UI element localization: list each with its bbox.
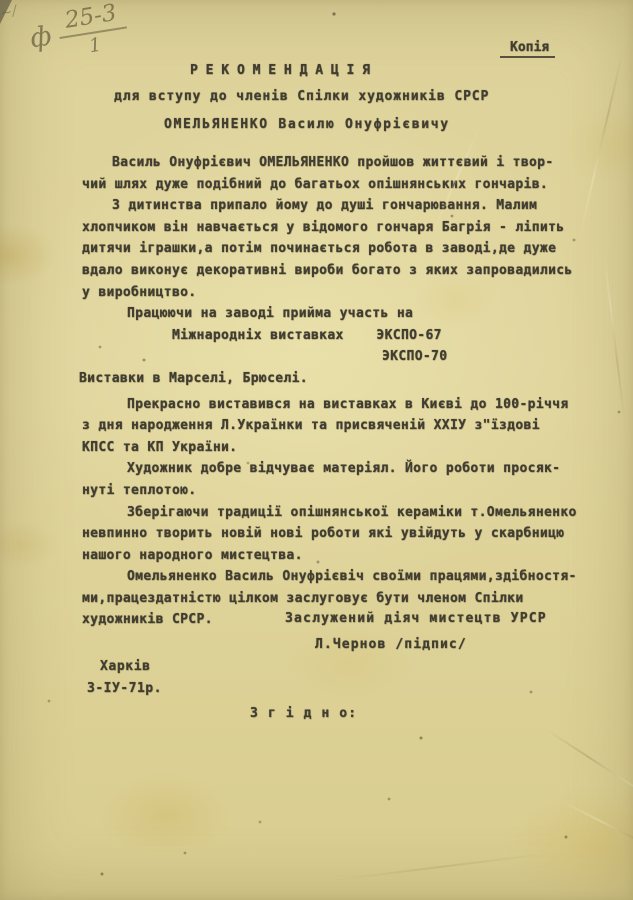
document-line: Зберігаючи традиції опішнянської керамік… <box>127 502 582 524</box>
document-line: Виставки в Марселі, Брюселі. <box>79 368 582 390</box>
document-line: ми,працездатністю цілком заслуговує бути… <box>82 588 582 610</box>
pencil-edge-mark: ~/ <box>0 2 21 18</box>
archive-code-annotation: ф25-31 <box>26 0 130 66</box>
signature-title: Заслужений діяч мистецтв УРСР <box>285 611 547 626</box>
paper-crease <box>562 801 633 862</box>
document-date: 3-ІУ-71р. <box>87 681 162 696</box>
document-line: КПСС та КП України. <box>82 437 582 459</box>
document-title: Р Е К О М Е Н Д А Ц І Я <box>190 63 370 78</box>
document-line: з дня народження Л.Українки та присвячен… <box>82 415 582 437</box>
document-line: Прекрасно виставився на виставках в Києв… <box>127 394 582 416</box>
document-addressee: ОМЕЛЬЯНЕНКО Василю Онуфрієвичу <box>164 117 450 132</box>
document-line: ЭКСПО-70 <box>382 346 582 368</box>
archive-code-fraction: 25-31 <box>55 0 130 62</box>
document-body: Василь Онуфрієвич ОМЕЛЬЯНЕНКО пройшов жи… <box>82 152 582 631</box>
archive-code-letter: ф <box>28 20 54 54</box>
document-line: Працюючи на заводі прийма участь на <box>127 303 582 325</box>
document-subtitle: для вступу до членів Спілки художників С… <box>114 89 489 104</box>
archive-code-number: 25-3 <box>55 0 127 39</box>
paper-crease <box>579 52 624 238</box>
document-line: Омельяненко Василь Онуфрієвіч своїми пра… <box>127 566 582 588</box>
paper-crease <box>603 251 626 420</box>
scanned-document-page: ~/ ф25-31 Копія Р Е К О М Е Н Д А Ц І Я … <box>0 0 633 900</box>
document-place: Харків <box>100 659 151 674</box>
document-line: Василь Онуфрієвич ОМЕЛЬЯНЕНКО пройшов жи… <box>112 152 582 174</box>
document-line: у виробництво. <box>82 282 582 304</box>
document-line: невпинно творить новій нові роботи які у… <box>82 523 582 545</box>
signature-name: Л.Чернов /підпис/ <box>315 637 467 652</box>
document-line: Художник добре відчуває матеріял. Його р… <box>127 458 582 480</box>
document-line: вдало виконує декоративні вироби богато … <box>82 260 582 282</box>
document-line: З дитинства припало йому до душі гончарю… <box>112 195 582 217</box>
archive-code-denominator: 1 <box>88 34 103 58</box>
document-line: чий шлях дуже подібний до багатьох опішн… <box>82 174 582 196</box>
document-line: Міжнародніх виставках ЭКСПО-67 <box>172 325 582 347</box>
approval-label: З г і д н о: <box>250 706 357 721</box>
document-line: дитячи іграшки,а потім починається робот… <box>82 238 582 260</box>
paper-crease <box>547 729 633 812</box>
paper-crease <box>331 853 550 882</box>
document-line: нашого народного мистецтва. <box>82 545 582 567</box>
copy-stamp-label: Копія <box>500 40 555 58</box>
paper-specks <box>0 0 2 2</box>
document-line: хлопчиком він навчається у відомого гонч… <box>82 217 582 239</box>
document-line: нуті теплотою. <box>82 480 582 502</box>
